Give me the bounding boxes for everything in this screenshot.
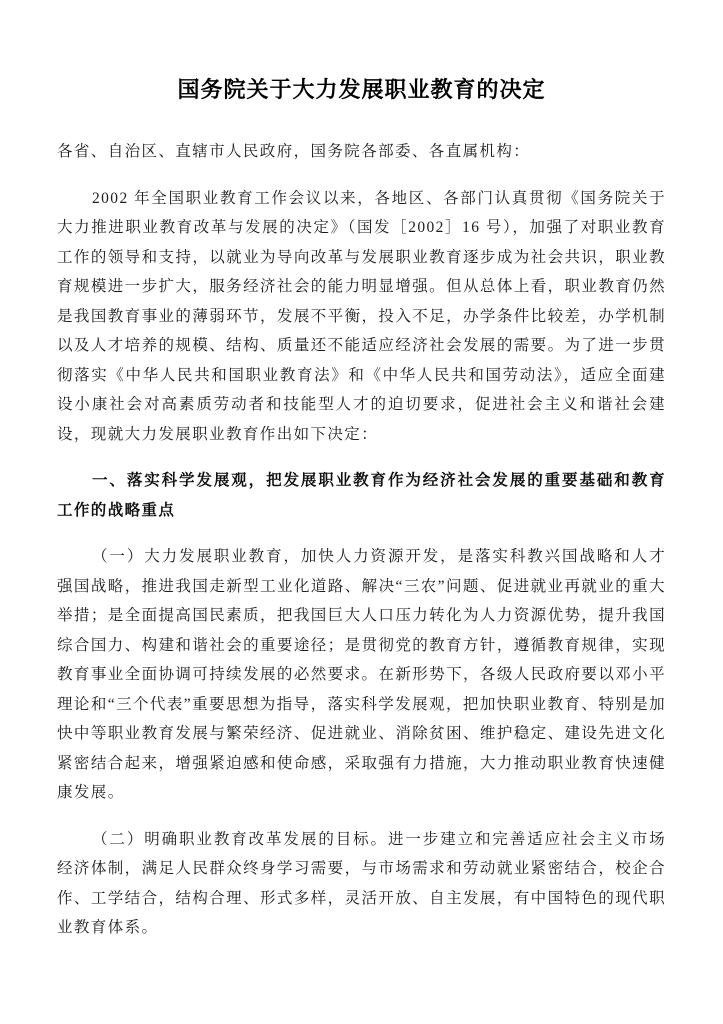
salutation-line: 各省、自治区、直辖市人民政府，国务院各部委、各直属机构： (57, 137, 666, 167)
section-heading-1: 一、落实科学发展观，把发展职业教育作为经济社会发展的重要基础和教育工作的战略重点 (57, 466, 666, 525)
paragraph-intro: 2002 年全国职业教育工作会议以来，各地区、各部门认真贯彻《国务院关于大力推进… (57, 184, 666, 450)
paragraph-item-2: （二）明确职业教育改革发展的目标。进一步建立和完善适应社会主义市场经济体制，满足… (57, 825, 666, 943)
document-page: 国务院关于大力发展职业教育的决定 各省、自治区、直辖市人民政府，国务院各部委、各… (0, 0, 723, 1024)
paragraph-item-1: （一）大力发展职业教育，加快人力资源开发，是落实科教兴国战略和人才强国战略，推进… (57, 542, 666, 808)
document-title: 国务院关于大力发展职业教育的决定 (57, 77, 666, 103)
